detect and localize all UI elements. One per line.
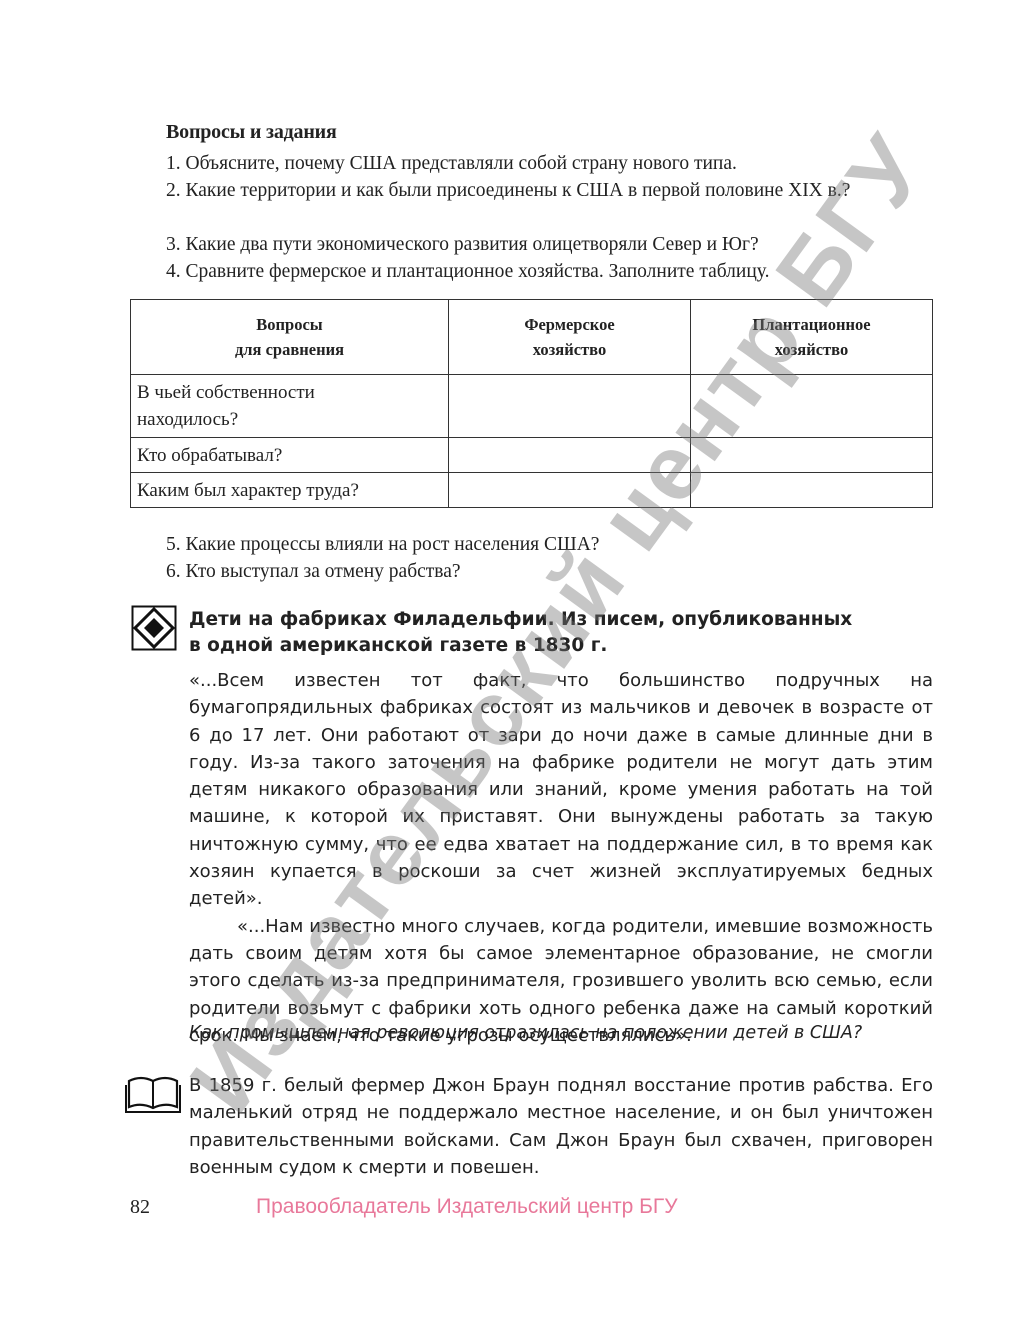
header-farm: Фермерское хозяйство (449, 300, 691, 375)
page-number: 82 (130, 1196, 150, 1219)
table-row: В чьей собственности находилось? (131, 375, 933, 438)
question-6: 6. Кто выступал за отмену рабства? (166, 558, 461, 585)
open-book-icon (125, 1075, 181, 1115)
plantation-cell (691, 438, 933, 473)
textbook-page: Вопросы и задания 1. Объясните, почему С… (0, 0, 1020, 1327)
section-title: Вопросы и задания (166, 121, 337, 144)
table-row: Кто обрабатывал? (131, 438, 933, 473)
header-questions: Вопросы для сравнения (131, 300, 449, 375)
farm-cell (449, 375, 691, 438)
question-1: 1. Объясните, почему США представляли со… (166, 150, 737, 177)
question-4: 4. Сравните фермерское и плантационное х… (166, 258, 769, 285)
plantation-cell (691, 473, 933, 508)
row-label: Кто обрабатывал? (131, 438, 449, 473)
row-label: В чьей собственности находилось? (131, 375, 449, 438)
row-label: Каким был характер труда? (131, 473, 449, 508)
diamond-document-icon (131, 605, 177, 651)
plantation-cell (691, 375, 933, 438)
document-title: Дети на фабриках Филадельфии. Из писем, … (189, 607, 869, 659)
farm-cell (449, 473, 691, 508)
document-paragraph-1: «...Всем известен тот факт, что большинс… (189, 667, 933, 913)
question-3: 3. Какие два пути экономического развити… (166, 231, 759, 258)
question-5: 5. Какие процессы влияли на рост населен… (166, 531, 599, 558)
table-row: Каким был характер труда? (131, 473, 933, 508)
comparison-table: Вопросы для сравнения Фермерское хозяйст… (130, 299, 933, 508)
header-plantation: Плантационное хозяйство (691, 300, 933, 375)
document-text: «...Всем известен тот факт, что большинс… (189, 667, 933, 1049)
table-header-row: Вопросы для сравнения Фермерское хозяйст… (131, 300, 933, 375)
farm-cell (449, 438, 691, 473)
book-note-text: В 1859 г. белый фермер Джон Браун поднял… (189, 1072, 933, 1181)
document-question: Как промышленная революция отразилась на… (189, 1023, 862, 1043)
copyright-notice: Правообладатель Издательский центр БГУ (256, 1195, 678, 1219)
question-2: 2. Какие территории и как были присоедин… (166, 177, 932, 204)
